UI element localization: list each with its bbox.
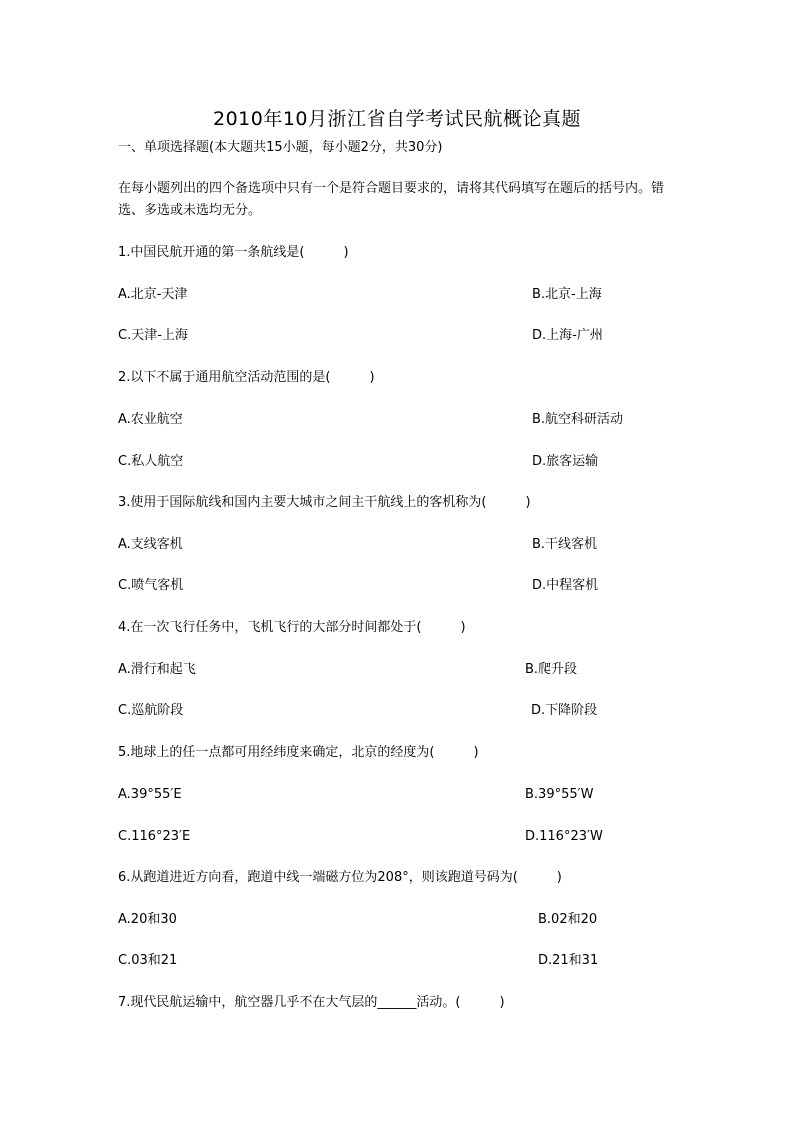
question-6-option-a: A.20和30 (118, 911, 177, 929)
question-3-option-b: B.干线客机 (532, 536, 597, 554)
question-3-option-a: A.支线客机 (118, 536, 183, 554)
page-title: 2010年10月浙江省自学考试民航概论真题 (0, 104, 794, 131)
question-2-option-b: B.航空科研活动 (532, 411, 623, 429)
question-6-option-d: D.21和31 (538, 952, 598, 970)
question-5-stem: 5.地球上的任一点都可用经纬度来确定，北京的经度为( ) (118, 744, 479, 762)
question-1-stem: 1.中国民航开通的第一条航线是( ) (118, 244, 349, 262)
question-1-option-b: B.北京-上海 (532, 286, 602, 304)
document-page: 2010年10月浙江省自学考试民航概论真题 一、单项选择题(本大题共15小题，每… (0, 0, 794, 1123)
question-3-option-c: C.喷气客机 (118, 577, 183, 595)
question-3-stem: 3.使用于国际航线和国内主要大城市之间主干航线上的客机称为( ) (118, 494, 531, 512)
question-4-stem: 4.在一次飞行任务中，飞机飞行的大部分时间都处于( ) (118, 619, 466, 637)
question-5-option-c: C.116°23′E (118, 828, 190, 846)
question-6-option-c: C.03和21 (118, 952, 177, 970)
question-6-option-b: B.02和20 (538, 911, 597, 929)
question-5-option-b: B.39°55′W (525, 786, 593, 804)
instructions: 在每小题列出的四个备选项中只有一个是符合题目要求的，请将其代码填写在题后的括号内… (118, 178, 678, 222)
question-5-option-d: D.116°23′W (525, 828, 603, 846)
question-6-stem: 6.从跑道进近方向看，跑道中线一端磁方位为208°，则该跑道号码为( ) (118, 869, 562, 887)
question-4-option-c: C.巡航阶段 (118, 702, 183, 720)
question-3-option-d: D.中程客机 (532, 577, 598, 595)
question-7-stem: 7.现代民航运输中，航空器几乎不在大气层的______活动。( ) (118, 994, 505, 1012)
section-heading: 一、单项选择题(本大题共15小题，每小题2分，共30分) (118, 139, 443, 157)
question-2-option-d: D.旅客运输 (532, 453, 598, 471)
question-4-option-b: B.爬升段 (525, 661, 577, 679)
question-1-option-a: A.北京-天津 (118, 286, 188, 304)
question-2-option-c: C.私人航空 (118, 453, 183, 471)
question-1-option-c: C.天津-上海 (118, 327, 188, 345)
question-1-option-d: D.上海-广州 (532, 327, 603, 345)
question-2-stem: 2.以下不属于通用航空活动范围的是( ) (118, 369, 375, 387)
question-2-option-a: A.农业航空 (118, 411, 183, 429)
question-4-option-d: D.下降阶段 (531, 702, 597, 720)
question-4-option-a: A.滑行和起飞 (118, 661, 196, 679)
question-5-option-a: A.39°55′E (118, 786, 182, 804)
